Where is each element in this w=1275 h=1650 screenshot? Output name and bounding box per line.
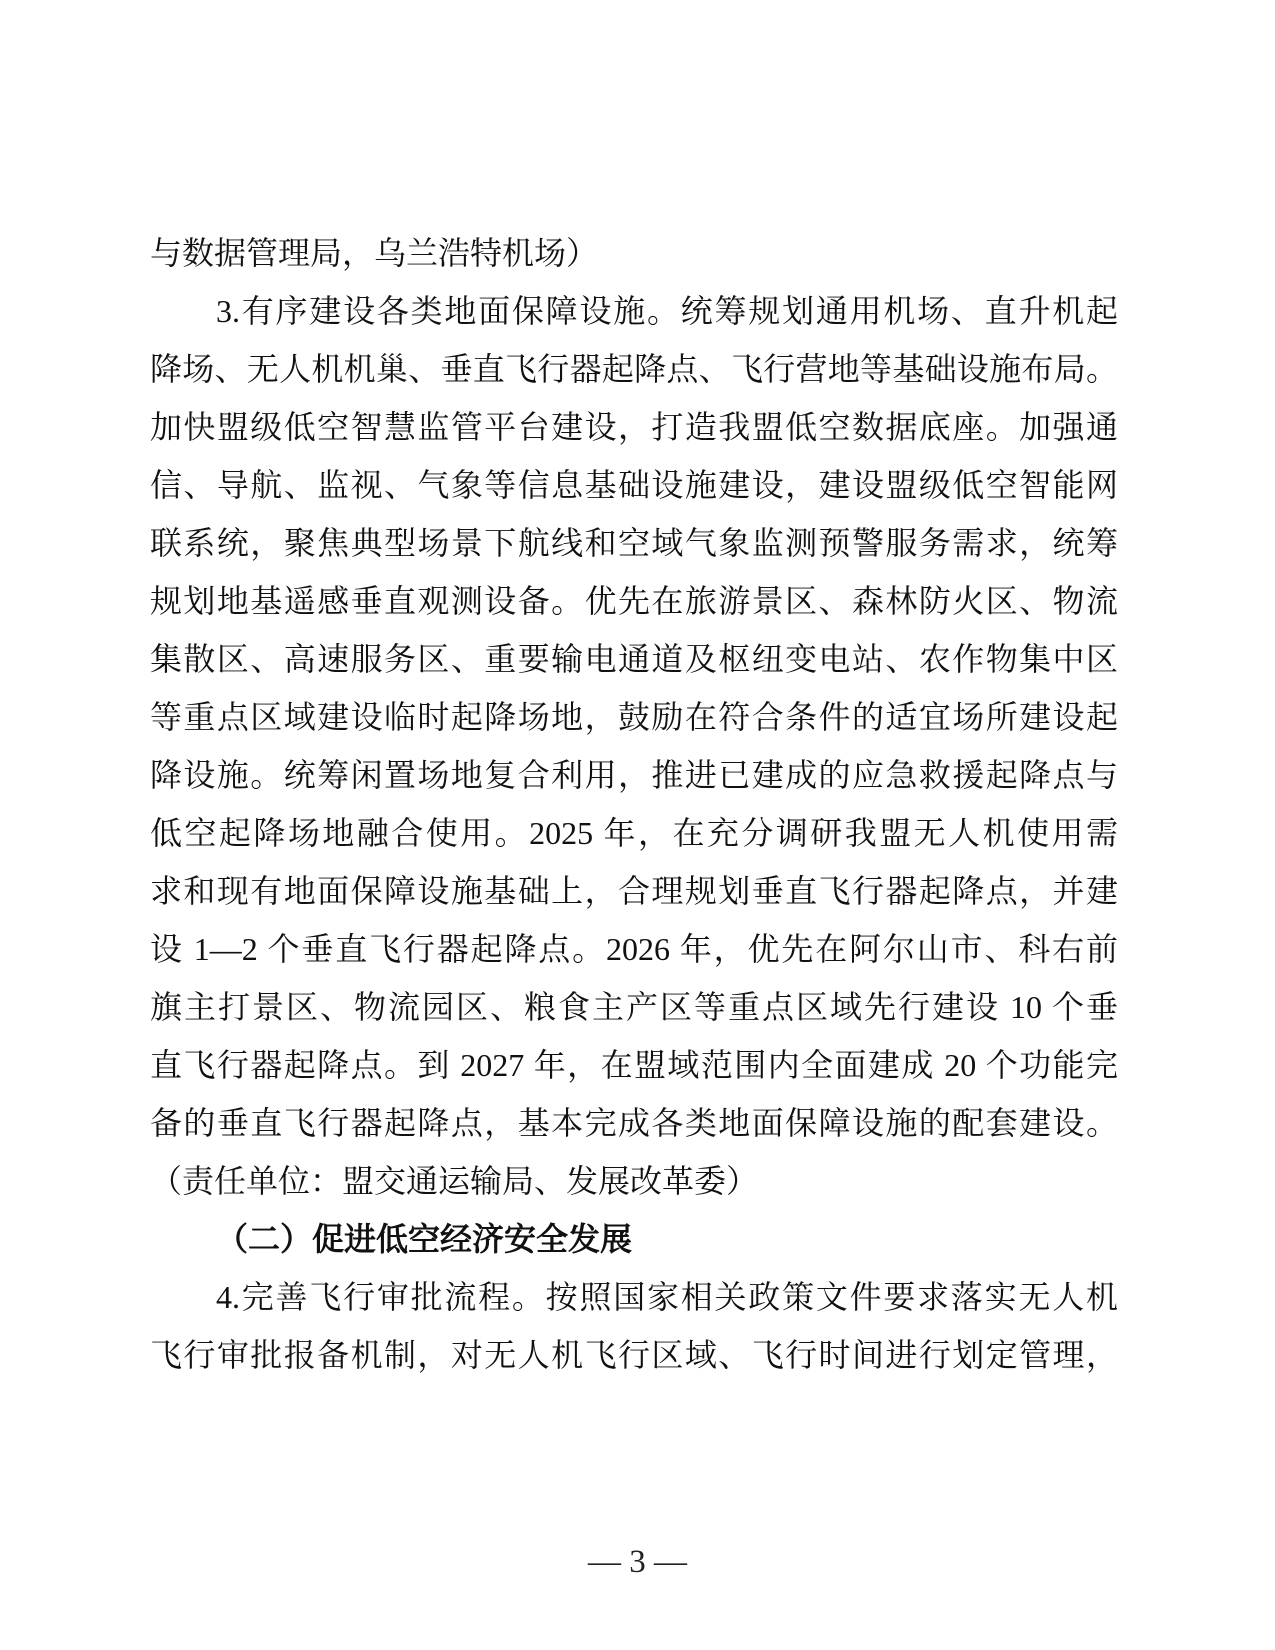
paragraph-line: 3.有序建设各类地面保障设施。统筹规划通用机场、直升机起 — [150, 282, 1118, 340]
paragraph-line: 加快盟级低空智慧监管平台建设，打造我盟低空数据底座。加强通 — [150, 398, 1118, 456]
paragraph-line: 降设施。统筹闲置场地复合利用，推进已建成的应急救援起降点与 — [150, 746, 1118, 804]
paragraph-line: 设 1—2 个垂直飞行器起降点。2026 年，优先在阿尔山市、科右前 — [150, 920, 1118, 978]
paragraph-line: 与数据管理局，乌兰浩特机场） — [150, 224, 1118, 282]
paragraph-line: 备的垂直飞行器起降点，基本完成各类地面保障设施的配套建设。 — [150, 1094, 1118, 1152]
section-heading: （二）促进低空经济安全发展 — [150, 1210, 1118, 1268]
responsible-unit-line: （责任单位：盟交通运输局、发展改革委） — [150, 1152, 1118, 1210]
page-number: — 3 — — [0, 1540, 1275, 1584]
paragraph-line: 旗主打景区、物流园区、粮食主产区等重点区域先行建设 10 个垂 — [150, 978, 1118, 1036]
document-page: 与数据管理局，乌兰浩特机场） 3.有序建设各类地面保障设施。统筹规划通用机场、直… — [0, 0, 1275, 1650]
paragraph-line: 等重点区域建设临时起降场地，鼓励在符合条件的适宜场所建设起 — [150, 688, 1118, 746]
paragraph-line: 信、导航、监视、气象等信息基础设施建设，建设盟级低空智能网 — [150, 456, 1118, 514]
paragraph-line: 直飞行器起降点。到 2027 年，在盟域范围内全面建成 20 个功能完 — [150, 1036, 1118, 1094]
paragraph-line: 规划地基遥感垂直观测设备。优先在旅游景区、森林防火区、物流 — [150, 572, 1118, 630]
paragraph-line: 飞行审批报备机制，对无人机飞行区域、飞行时间进行划定管理， — [150, 1326, 1118, 1384]
paragraph-line: 联系统，聚焦典型场景下航线和空域气象监测预警服务需求，统筹 — [150, 514, 1118, 572]
text-block: 与数据管理局，乌兰浩特机场） 3.有序建设各类地面保障设施。统筹规划通用机场、直… — [150, 224, 1118, 1384]
paragraph-line: 求和现有地面保障设施基础上，合理规划垂直飞行器起降点，并建 — [150, 862, 1118, 920]
paragraph-line: 4.完善飞行审批流程。按照国家相关政策文件要求落实无人机 — [150, 1268, 1118, 1326]
paragraph-line: 集散区、高速服务区、重要输电通道及枢纽变电站、农作物集中区 — [150, 630, 1118, 688]
paragraph-line: 低空起降场地融合使用。2025 年，在充分调研我盟无人机使用需 — [150, 804, 1118, 862]
paragraph-line: 降场、无人机机巢、垂直飞行器起降点、飞行营地等基础设施布局。 — [150, 340, 1118, 398]
